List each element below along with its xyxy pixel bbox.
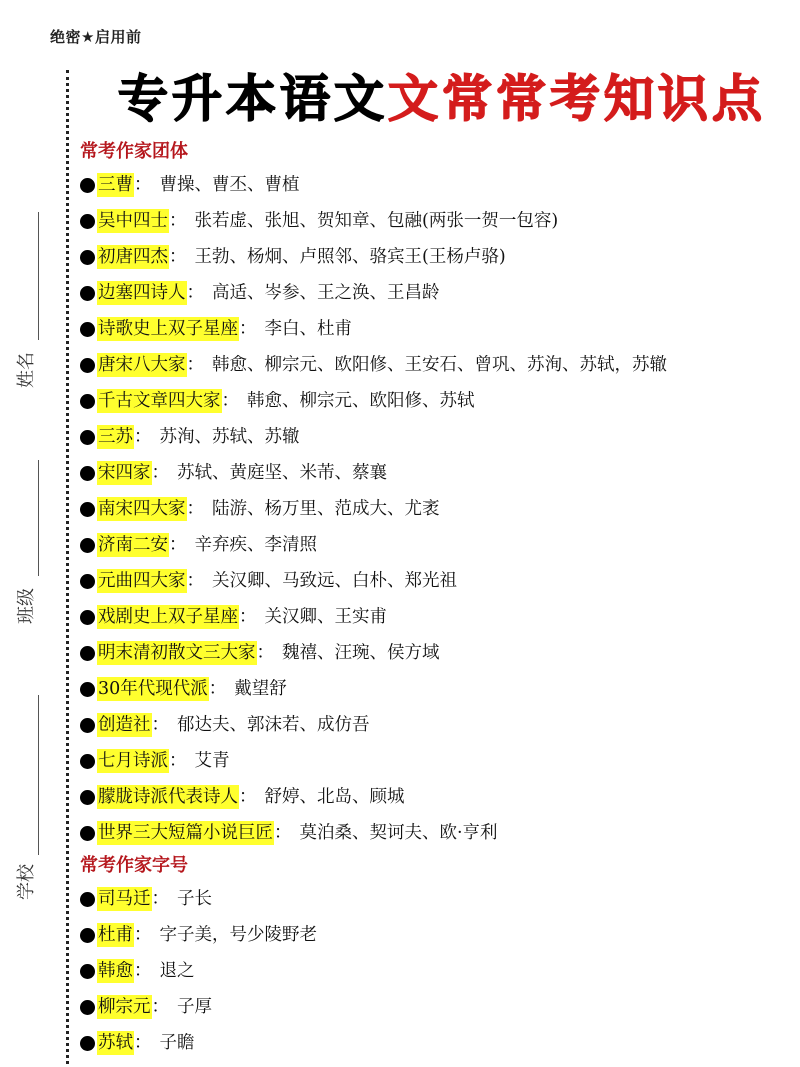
bullet-icon <box>80 646 95 661</box>
colon: ： <box>152 989 170 1025</box>
bullet-icon <box>80 1000 95 1015</box>
bullet-icon <box>80 394 95 409</box>
item-value: 韩愈、柳宗元、欧阳修、苏轼 <box>247 383 475 419</box>
item-value: 字子美，号少陵野老 <box>160 917 318 953</box>
item-key: 济南二安 <box>97 533 169 557</box>
colon: ： <box>187 347 205 383</box>
colon: ： <box>134 167 152 203</box>
item-key: 明末清初散文三大家 <box>97 641 257 665</box>
list-item: 柳宗元：子厚 <box>80 989 780 1025</box>
page-title-black: 专升本语文 <box>118 59 388 131</box>
confidential-label: 绝密★启用前 <box>50 26 141 47</box>
colon: ： <box>169 743 187 779</box>
bullet-icon <box>80 178 95 193</box>
list-item: 三曹：曹操、曹丕、曹植 <box>80 167 780 203</box>
colon: ： <box>274 815 292 851</box>
item-key: 柳宗元 <box>97 995 152 1019</box>
item-value: 关汉卿、王实甫 <box>265 599 388 635</box>
item-value: 子瞻 <box>160 1025 195 1061</box>
list-item: 宋四家：苏轼、黄庭坚、米芾、蔡襄 <box>80 455 780 491</box>
list-item: 元曲四大家：关汉卿、马致远、白朴、郑光祖 <box>80 563 780 599</box>
bullet-icon <box>80 502 95 517</box>
bullet-icon <box>80 892 95 907</box>
section-title: 常考作家字号 <box>80 851 780 881</box>
list-item: 济南二安：辛弃疾、李清照 <box>80 527 780 563</box>
bullet-icon <box>80 574 95 589</box>
bullet-icon <box>80 358 95 373</box>
item-key: 唐宋八大家 <box>97 353 187 377</box>
bullet-icon <box>80 964 95 979</box>
colon: ： <box>187 491 205 527</box>
bullet-icon <box>80 682 95 697</box>
bullet-icon <box>80 928 95 943</box>
item-key: 司马迁 <box>97 887 152 911</box>
bullet-icon <box>80 538 95 553</box>
bullet-icon <box>80 250 95 265</box>
item-key: 初唐四杰 <box>97 245 169 269</box>
colon: ： <box>152 881 170 917</box>
class-label: 班级 <box>12 588 38 624</box>
item-value: 韩愈、柳宗元、欧阳修、王安石、曾巩、苏洵、苏轼，苏辙 <box>212 347 667 383</box>
item-value: 郁达夫、郭沫若、成仿吾 <box>177 707 370 743</box>
colon: ： <box>209 671 227 707</box>
school-label: 学校 <box>12 864 38 900</box>
list-item: 边塞四诗人：高适、岑参、王之涣、王昌龄 <box>80 275 780 311</box>
item-value: 张若虚、张旭、贺知章、包融(两张一贺一包容) <box>195 203 559 239</box>
list-item: 明末清初散文三大家：魏禧、汪琬、侯方域 <box>80 635 780 671</box>
school-blank-line[interactable] <box>38 695 39 855</box>
colon: ： <box>257 635 275 671</box>
item-key: 边塞四诗人 <box>97 281 187 305</box>
item-key: 吴中四士 <box>97 209 169 233</box>
colon: ： <box>187 275 205 311</box>
item-value: 辛弃疾、李清照 <box>195 527 318 563</box>
item-key: 元曲四大家 <box>97 569 187 593</box>
list-item: 苏轼：子瞻 <box>80 1025 780 1061</box>
author-groups-list: 三曹：曹操、曹丕、曹植吴中四士：张若虚、张旭、贺知章、包融(两张一贺一包容)初唐… <box>80 167 780 851</box>
bullet-icon <box>80 790 95 805</box>
content: 常考作家团体 三曹：曹操、曹丕、曹植吴中四士：张若虚、张旭、贺知章、包融(两张一… <box>80 137 780 1061</box>
list-item: 戏剧史上双子星座：关汉卿、王实甫 <box>80 599 780 635</box>
item-value: 退之 <box>160 953 195 989</box>
item-key: 韩愈 <box>97 959 134 983</box>
item-key: 创造社 <box>97 713 152 737</box>
item-value: 陆游、杨万里、范成大、尤袤 <box>212 491 440 527</box>
item-value: 艾青 <box>195 743 230 779</box>
item-key: 杜甫 <box>97 923 134 947</box>
colon: ： <box>134 1025 152 1061</box>
list-item: 世界三大短篇小说巨匠：莫泊桑、契诃夫、欧·亨利 <box>80 815 780 851</box>
page-title-red: 文常常考知识点 <box>388 59 766 131</box>
list-item: 三苏：苏洵、苏轼、苏辙 <box>80 419 780 455</box>
item-value: 舒婷、北岛、顾城 <box>265 779 405 815</box>
list-item: 杜甫：字子美，号少陵野老 <box>80 917 780 953</box>
name-blank-line[interactable] <box>38 212 39 340</box>
item-key: 南宋四大家 <box>97 497 187 521</box>
list-item: 南宋四大家：陆游、杨万里、范成大、尤袤 <box>80 491 780 527</box>
item-key: 三曹 <box>97 173 134 197</box>
item-value: 魏禧、汪琬、侯方域 <box>282 635 440 671</box>
colon: ： <box>222 383 240 419</box>
item-key: 千古文章四大家 <box>97 389 222 413</box>
bullet-icon <box>80 754 95 769</box>
page-title: 专升本语文文常常考知识点 <box>118 62 766 128</box>
list-item: 30年代现代派：戴望舒 <box>80 671 780 707</box>
item-key: 七月诗派 <box>97 749 169 773</box>
bullet-icon <box>80 430 95 445</box>
list-item: 唐宋八大家：韩愈、柳宗元、欧阳修、王安石、曾巩、苏洵、苏轼，苏辙 <box>80 347 780 383</box>
section-title: 常考作家团体 <box>80 137 780 167</box>
colon: ： <box>239 599 257 635</box>
list-item: 诗歌史上双子星座：李白、杜甫 <box>80 311 780 347</box>
item-value: 关汉卿、马致远、白朴、郑光祖 <box>212 563 457 599</box>
colon: ： <box>169 203 187 239</box>
item-value: 戴望舒 <box>234 671 287 707</box>
class-blank-line[interactable] <box>38 460 39 576</box>
colon: ： <box>152 707 170 743</box>
item-key: 三苏 <box>97 425 134 449</box>
item-value: 王勃、杨炯、卢照邻、骆宾王(王杨卢骆) <box>195 239 506 275</box>
item-value: 莫泊桑、契诃夫、欧·亨利 <box>300 815 498 851</box>
item-key: 世界三大短篇小说巨匠 <box>97 821 274 845</box>
author-names-list: 司马迁：子长杜甫：字子美，号少陵野老韩愈：退之柳宗元：子厚苏轼：子瞻 <box>80 881 780 1061</box>
item-key: 苏轼 <box>97 1031 134 1055</box>
item-key: 30年代现代派 <box>97 677 209 701</box>
item-value: 子厚 <box>177 989 212 1025</box>
list-item: 吴中四士：张若虚、张旭、贺知章、包融(两张一贺一包容) <box>80 203 780 239</box>
bullet-icon <box>80 826 95 841</box>
item-value: 曹操、曹丕、曹植 <box>160 167 300 203</box>
colon: ： <box>239 311 257 347</box>
item-value: 子长 <box>177 881 212 917</box>
colon: ： <box>134 917 152 953</box>
list-item: 初唐四杰：王勃、杨炯、卢照邻、骆宾王(王杨卢骆) <box>80 239 780 275</box>
colon: ： <box>187 563 205 599</box>
colon: ： <box>239 779 257 815</box>
item-value: 苏轼、黄庭坚、米芾、蔡襄 <box>177 455 387 491</box>
colon: ： <box>134 419 152 455</box>
bullet-icon <box>80 286 95 301</box>
colon: ： <box>169 527 187 563</box>
item-value: 高适、岑参、王之涣、王昌龄 <box>212 275 440 311</box>
colon: ： <box>169 239 187 275</box>
bullet-icon <box>80 322 95 337</box>
bullet-icon <box>80 1036 95 1051</box>
colon: ： <box>152 455 170 491</box>
bullet-icon <box>80 466 95 481</box>
bullet-icon <box>80 718 95 733</box>
item-value: 苏洵、苏轼、苏辙 <box>160 419 300 455</box>
list-item: 创造社：郁达夫、郭沫若、成仿吾 <box>80 707 780 743</box>
list-item: 司马迁：子长 <box>80 881 780 917</box>
binding-dotted-line <box>66 70 69 1067</box>
bullet-icon <box>80 610 95 625</box>
colon: ： <box>134 953 152 989</box>
item-key: 宋四家 <box>97 461 152 485</box>
list-item: 朦胧诗派代表诗人：舒婷、北岛、顾城 <box>80 779 780 815</box>
bullet-icon <box>80 214 95 229</box>
item-key: 朦胧诗派代表诗人 <box>97 785 239 809</box>
list-item: 千古文章四大家：韩愈、柳宗元、欧阳修、苏轼 <box>80 383 780 419</box>
item-value: 李白、杜甫 <box>265 311 353 347</box>
item-key: 诗歌史上双子星座 <box>97 317 239 341</box>
item-key: 戏剧史上双子星座 <box>97 605 239 629</box>
name-label: 姓名 <box>12 352 38 388</box>
list-item: 韩愈：退之 <box>80 953 780 989</box>
list-item: 七月诗派：艾青 <box>80 743 780 779</box>
